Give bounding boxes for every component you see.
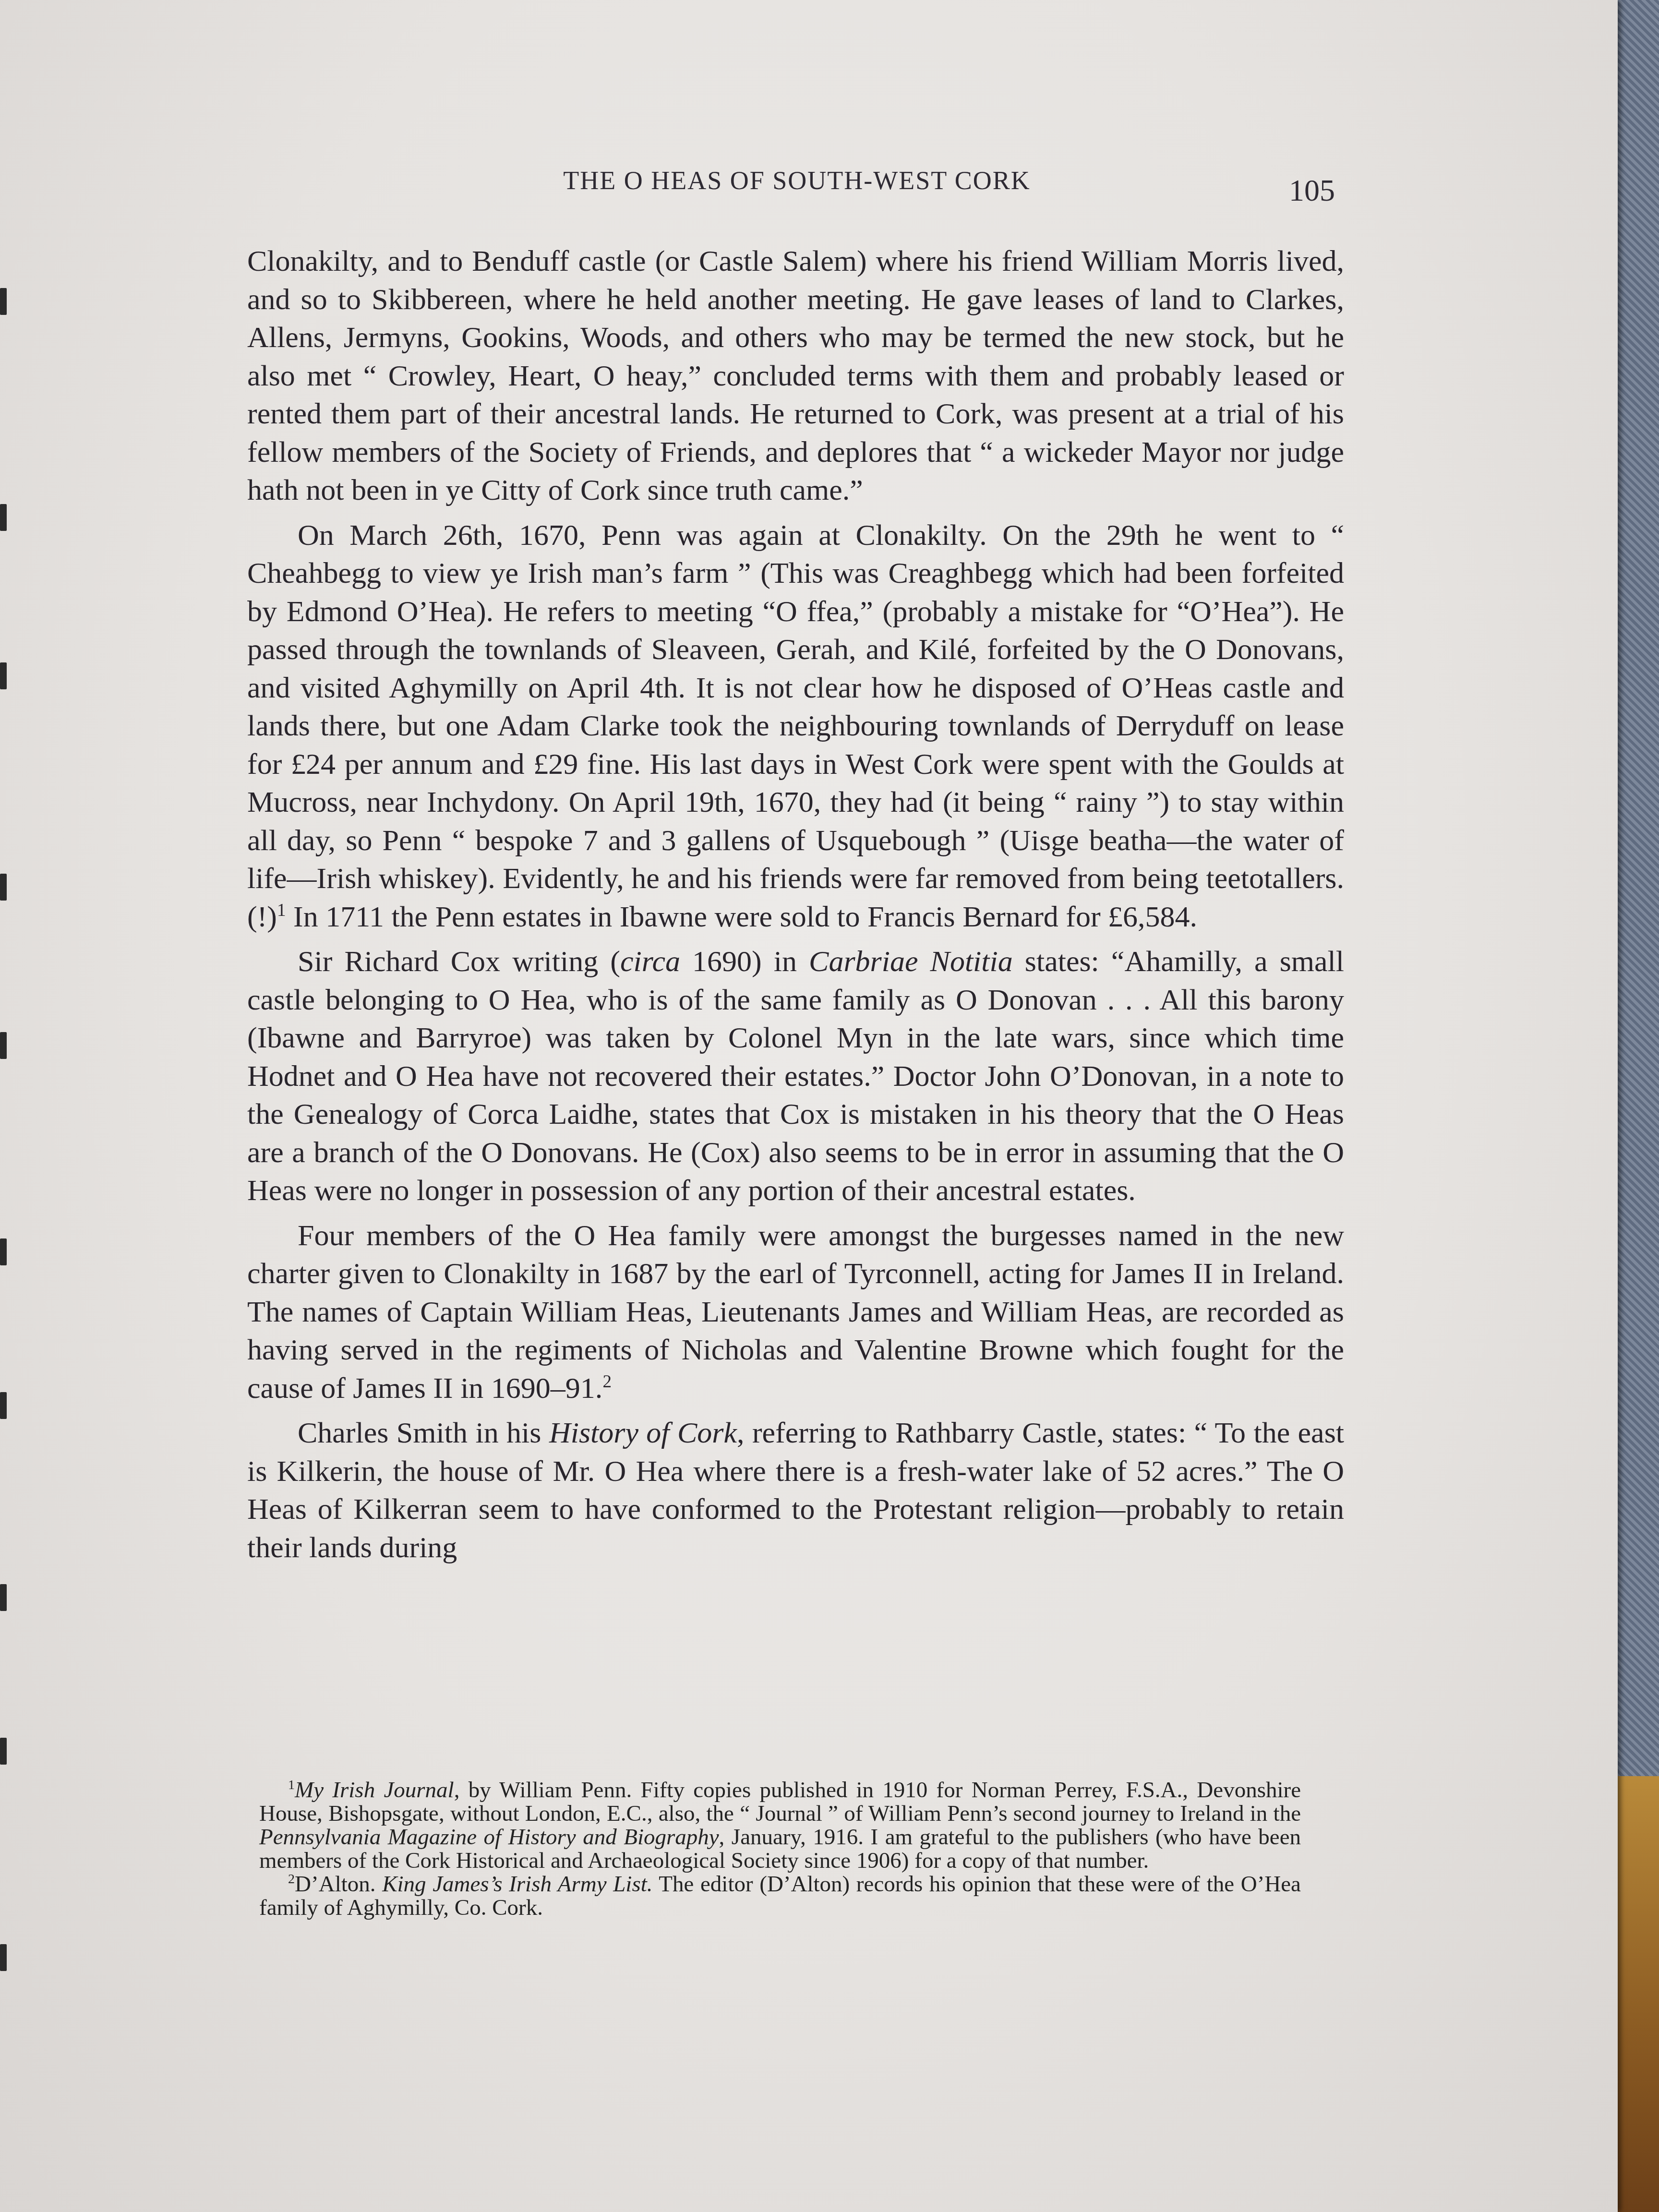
- paragraph: Four members of the O Hea family were am…: [247, 1217, 1344, 1408]
- binding-hole: [0, 1032, 7, 1059]
- binding-hole: [0, 1944, 7, 1971]
- footnotes: 1My Irish Journal, by William Penn. Fift…: [259, 1779, 1301, 1920]
- footnote-1: 1My Irish Journal, by William Penn. Fift…: [259, 1779, 1301, 1873]
- binding-hole: [0, 504, 7, 531]
- paragraph: Clonakilty, and to Benduff castle (or Ca…: [247, 242, 1344, 510]
- background-cloth: [1613, 0, 1659, 1776]
- running-head: THE O HEAS OF SOUTH-WEST CORK: [514, 166, 1080, 195]
- binding-hole: [0, 1584, 7, 1611]
- paragraph: Charles Smith in his History of Cork, re…: [247, 1414, 1344, 1567]
- paragraph: On March 26th, 1670, Penn was again at C…: [247, 517, 1344, 937]
- book-page: THE O HEAS OF SOUTH-WEST CORK 105 Clonak…: [0, 0, 1618, 2212]
- book-title: Carbriae Notitia: [809, 945, 1013, 978]
- body-text: Clonakilty, and to Benduff castle (or Ca…: [247, 242, 1344, 1574]
- binding-hole: [0, 874, 7, 901]
- paragraph: Sir Richard Cox writing (circa 1690) in …: [247, 943, 1344, 1210]
- book-title: History of Cork: [549, 1417, 737, 1449]
- binding-hole: [0, 288, 7, 315]
- spiral-binding: [0, 0, 29, 2212]
- binding-hole: [0, 1738, 7, 1765]
- binding-hole: [0, 662, 7, 689]
- binding-hole: [0, 1238, 7, 1265]
- footnote-ref: 1: [277, 901, 286, 920]
- footnote-2: 2D’Alton. King James’s Irish Army List. …: [259, 1873, 1301, 1920]
- footnote-ref: 2: [602, 1372, 612, 1392]
- page-number: 105: [1289, 173, 1335, 208]
- binding-hole: [0, 1392, 7, 1419]
